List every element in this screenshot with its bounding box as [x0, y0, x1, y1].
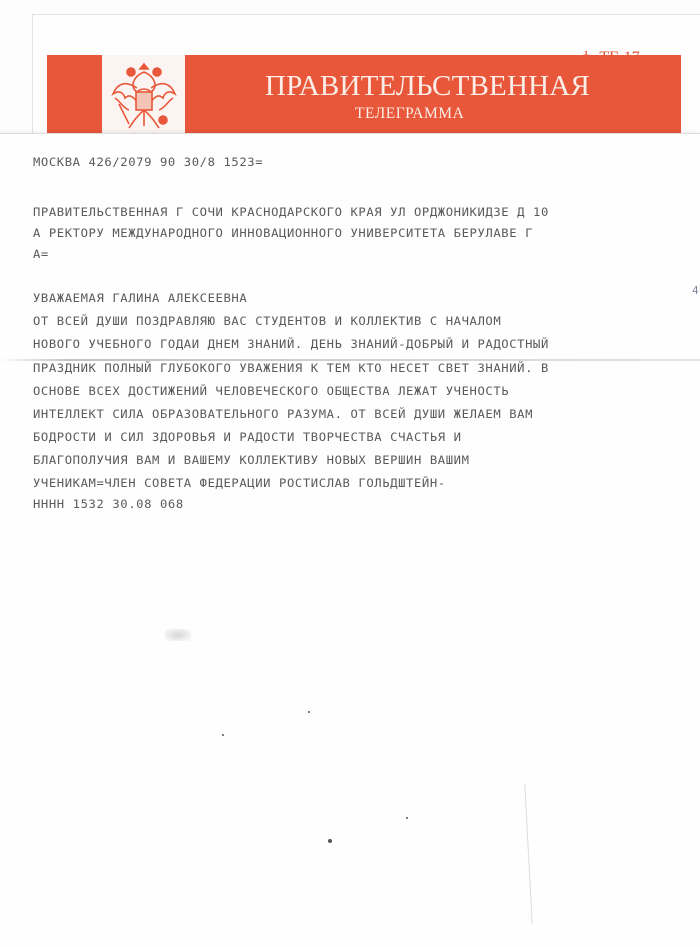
body-line: ОСНОВЕ ВСЕХ ДОСТИЖЕНИЙ ЧЕЛОВЕЧЕСКОГО ОБЩ…: [33, 385, 509, 398]
body-line: НОВОГО УЧЕБНОГО ГОДАИ ДНЕМ ЗНАНИЙ. ДЕНЬ …: [33, 338, 549, 351]
government-telegram-banner: ПРАВИТЕЛЬСТВЕННАЯ ТЕЛЕГРАММА: [47, 55, 681, 135]
speck: [328, 839, 332, 843]
body-line: БОДРОСТИ И СИЛ ЗДОРОВЬЯ И РАДОСТИ ТВОРЧЕ…: [33, 431, 462, 444]
body-line: ПРАЗДНИК ПОЛНЫЙ ГЛУБОКОГО УВАЖЕНИЯ К ТЕМ…: [33, 362, 549, 375]
paper-crease: [524, 784, 532, 924]
address-line: ПРАВИТЕЛЬСТВЕННАЯ Г СОЧИ КРАСНОДАРСКОГО …: [33, 206, 549, 219]
coat-of-arms-icon: [109, 58, 179, 132]
body-line: ОТ ВСЕЙ ДУШИ ПОЗДРАВЛЯЮ ВАС СТУДЕНТОВ И …: [33, 315, 501, 328]
telegram-header-line: МОСКВА 426/2079 90 30/8 1523=: [33, 156, 263, 169]
salutation-line: УВАЖАЕМАЯ ГАЛИНА АЛЕКСЕЕВНА: [33, 292, 247, 305]
telegram-tape: 4 МОСКВА 426/2079 90 30/8 1523= ПРАВИТЕЛ…: [0, 133, 700, 947]
banner-title: ПРАВИТЕЛЬСТВЕННАЯ: [265, 70, 590, 103]
body-line: БЛАГОПОЛУЧИЯ ВАМ И ВАШЕМУ КОЛЛЕКТИВУ НОВ…: [33, 454, 470, 467]
address-line: А РЕКТОРУ МЕЖДУНАРОДНОГО ИННОВАЦИОННОГО …: [33, 227, 533, 240]
address-line: А=: [33, 248, 49, 261]
speck: [222, 734, 224, 736]
edge-mark: 4: [692, 284, 699, 297]
signature-line: УЧЕНИКАМ=ЧЛЕН СОВЕТА ФЕДЕРАЦИИ РОСТИСЛАВ…: [33, 477, 446, 490]
body-line: ИНТЕЛЛЕКТ СИЛА ОБРАЗОВАТЕЛЬНОГО РАЗУМА. …: [33, 408, 533, 421]
speck: [406, 817, 408, 819]
banner-subtitle: ТЕЛЕГРАММА: [355, 105, 464, 123]
emblem-box: [102, 55, 185, 135]
smudge: [165, 629, 191, 641]
telegram-footer-line: НННН 1532 30.08 068: [33, 498, 184, 511]
speck: [308, 711, 310, 713]
paper-fold: [0, 359, 700, 361]
